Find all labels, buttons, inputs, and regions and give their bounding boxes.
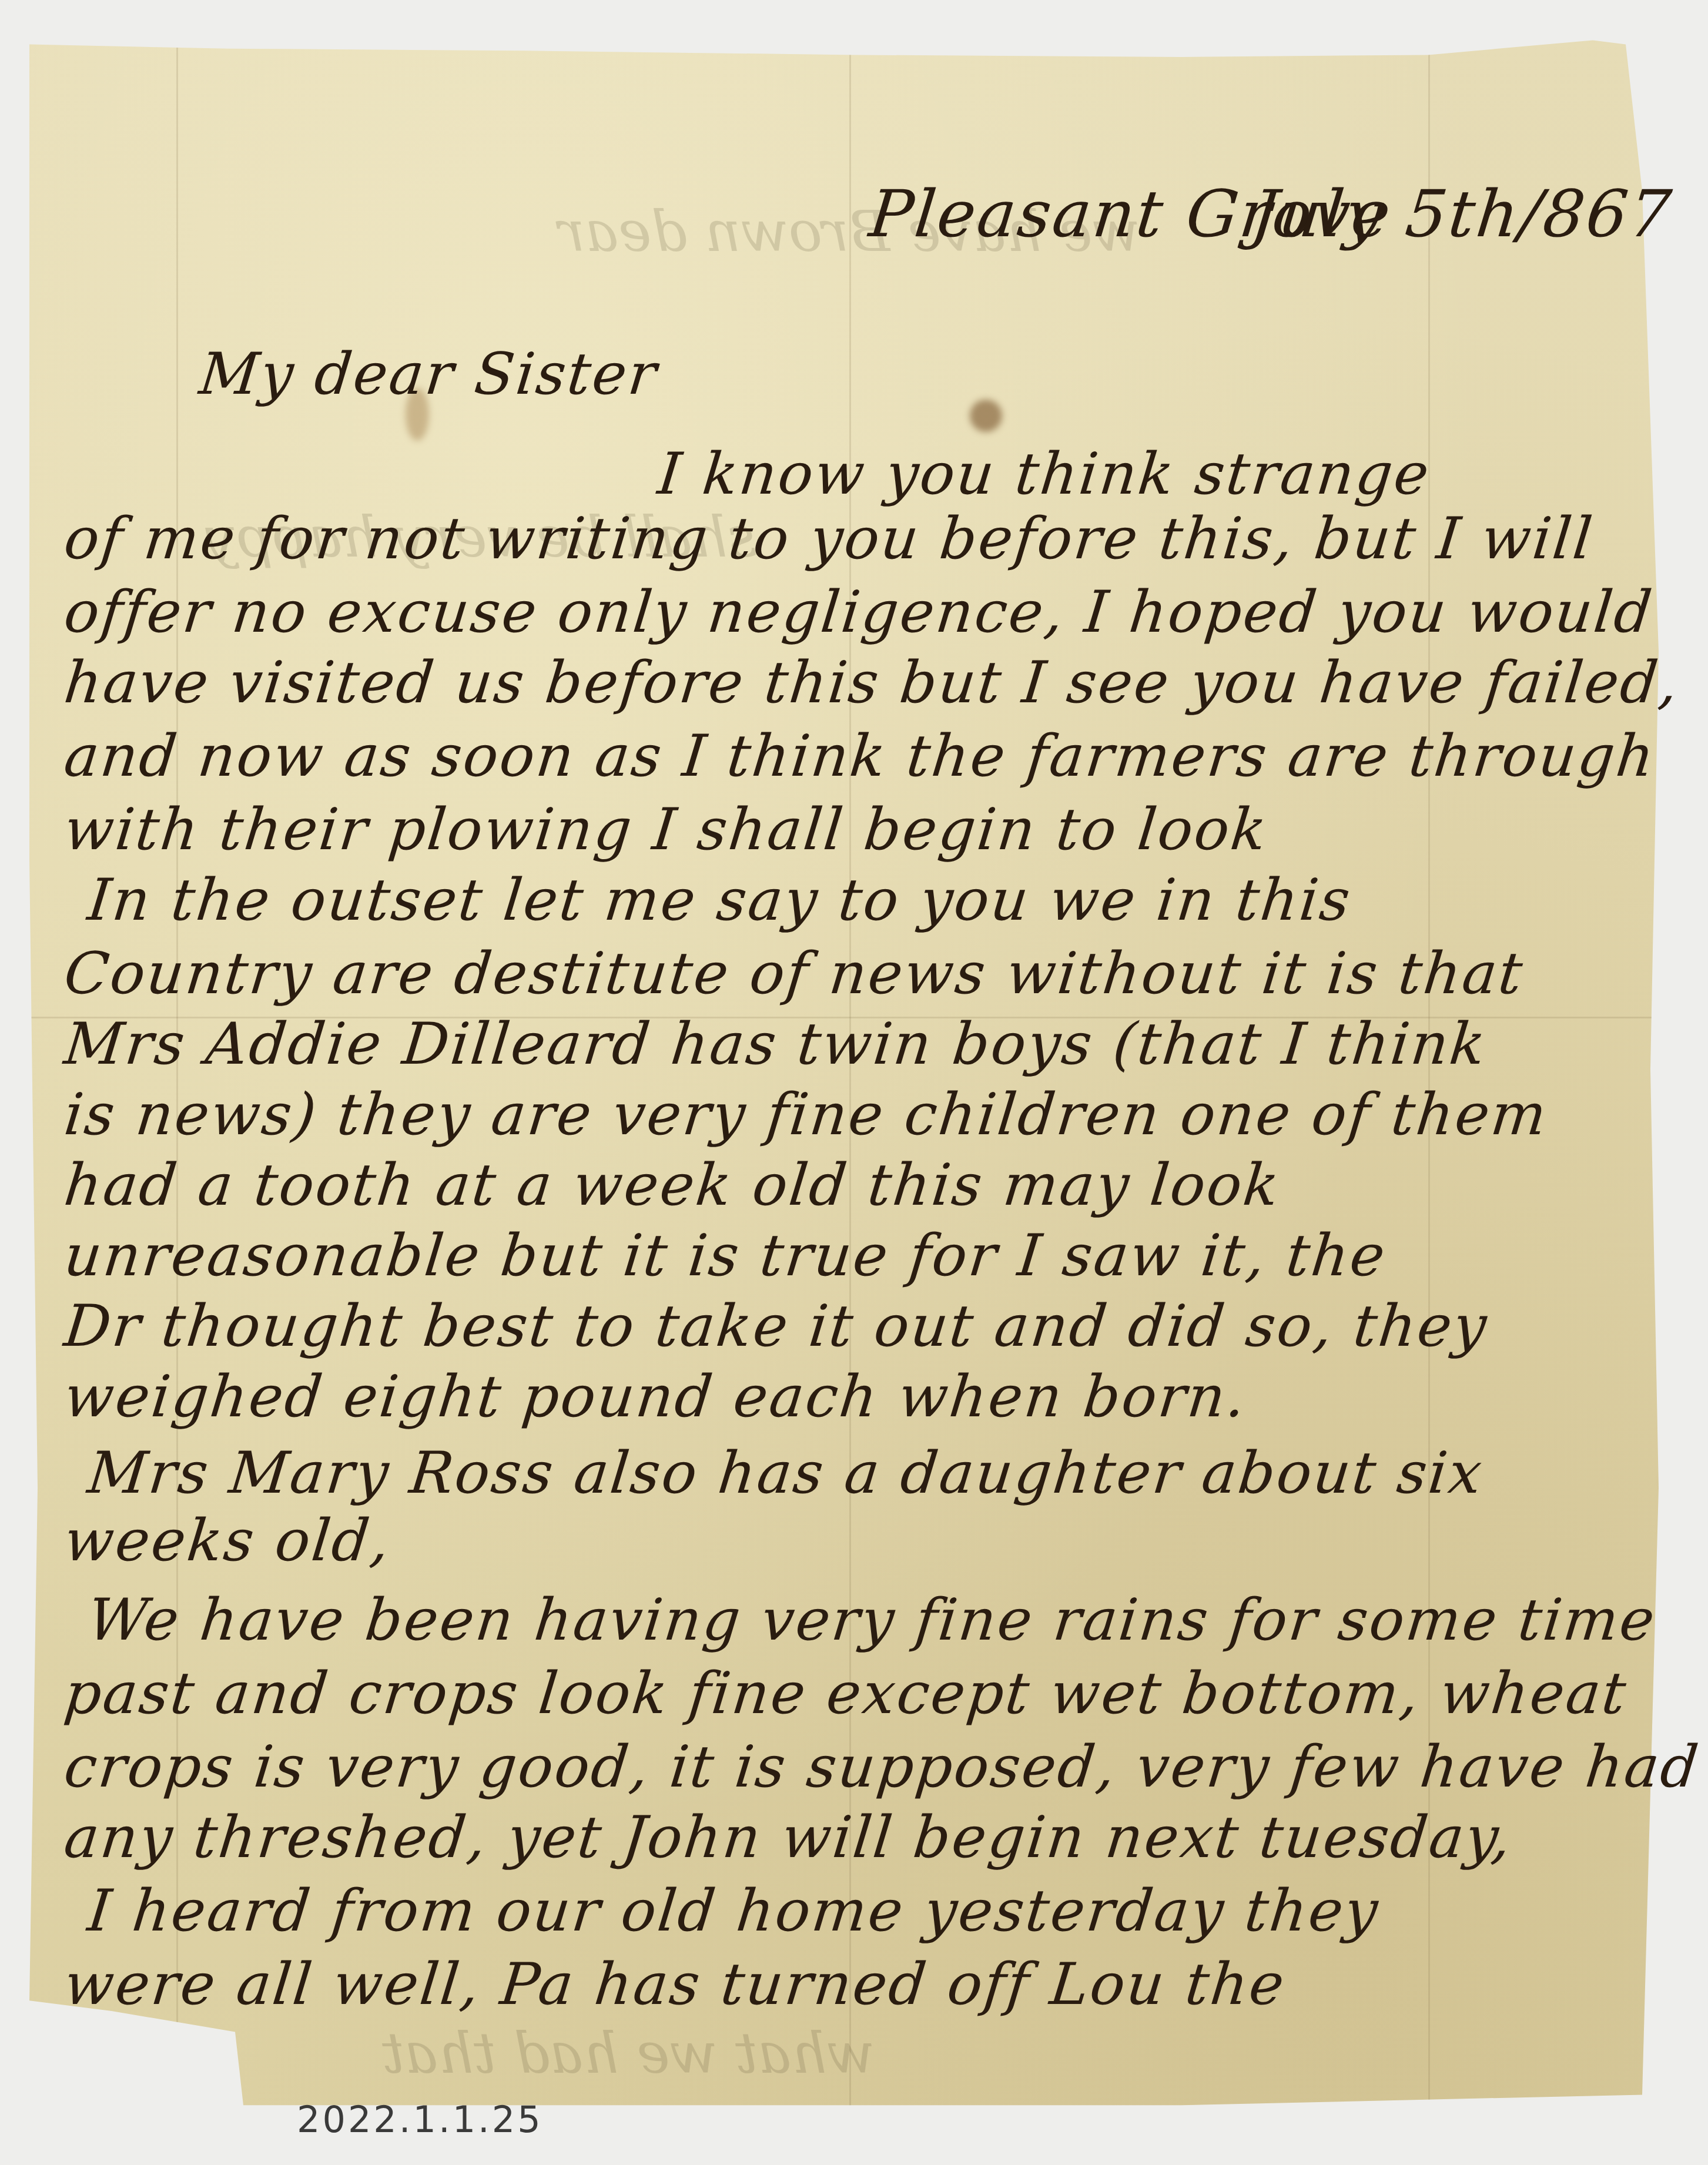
letter-line: offer no excuse only negligence, I hoped… [61, 579, 1656, 646]
letter-line: I know you think strange [655, 441, 1434, 508]
letter-line: weighed eight pound each when born. [61, 1363, 1250, 1430]
letter-date: July 5th/867 [1248, 176, 1676, 252]
bleed-through-text: what we had that [382, 2022, 875, 2086]
letter-line: Country are destitute of news without it… [61, 940, 1527, 1007]
letter-line: In the outset let me say to you we in th… [85, 867, 1355, 934]
letter-line: We have been having very fine rains for … [85, 1587, 1659, 1654]
letter-line: with their plowing I shall begin to look [61, 796, 1271, 863]
letter-line: Mrs Addie Dilleard has twin boys (that I… [61, 1011, 1490, 1078]
letter-line: have visited us before this but I see yo… [61, 649, 1683, 716]
accession-number: 2022.1.1.25 [297, 2098, 543, 2141]
letter-line: had a tooth at a week old this may look [61, 1152, 1284, 1219]
letter-line: any threshed, yet John will begin next t… [61, 1804, 1516, 1871]
letter-line: crops is very good, it is supposed, very… [61, 1734, 1703, 1801]
letter-line: past and crops look fine except wet bott… [61, 1660, 1630, 1727]
letter-line: were all well, Pa has turned off Lou the [61, 1951, 1289, 2018]
ink-stain [1663, 1469, 1681, 1493]
letter-line: weeks old, [61, 1507, 394, 1574]
letter-line: I heard from our old home yesterday they [85, 1878, 1382, 1945]
letter-line: Dr thought best to take it out and did s… [61, 1293, 1491, 1360]
letter-line: unreasonable but it is true for I saw it… [61, 1222, 1389, 1289]
letter-line: is news) they are very fine children one… [61, 1081, 1551, 1148]
letter-line: Mrs Mary Ross also has a daughter about … [85, 1440, 1486, 1507]
salutation: My dear Sister [196, 341, 661, 408]
ink-stain [970, 400, 1002, 432]
letter-line: of me for not writing to you before this… [61, 505, 1597, 572]
letter-line: and now as soon as I think the farmers a… [61, 723, 1659, 790]
